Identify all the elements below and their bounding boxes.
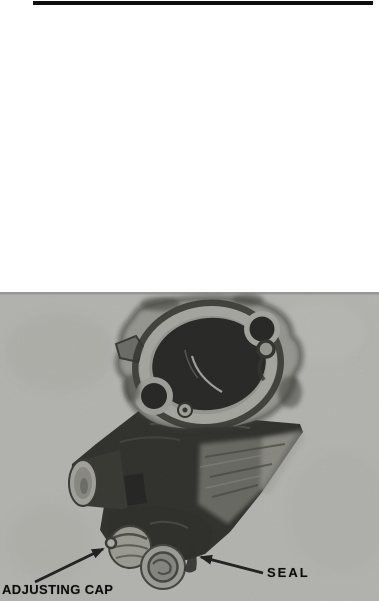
film-grain-light [0,292,379,601]
page-top-rule [33,1,373,5]
seal-label: SEAL [267,566,310,580]
scanned-page: ADJUSTING CAP SEAL [0,0,379,601]
photo-figure: ADJUSTING CAP SEAL [0,292,379,601]
adjusting-cap-label: ADJUSTING CAP [2,583,113,597]
housing-photo [0,292,379,601]
